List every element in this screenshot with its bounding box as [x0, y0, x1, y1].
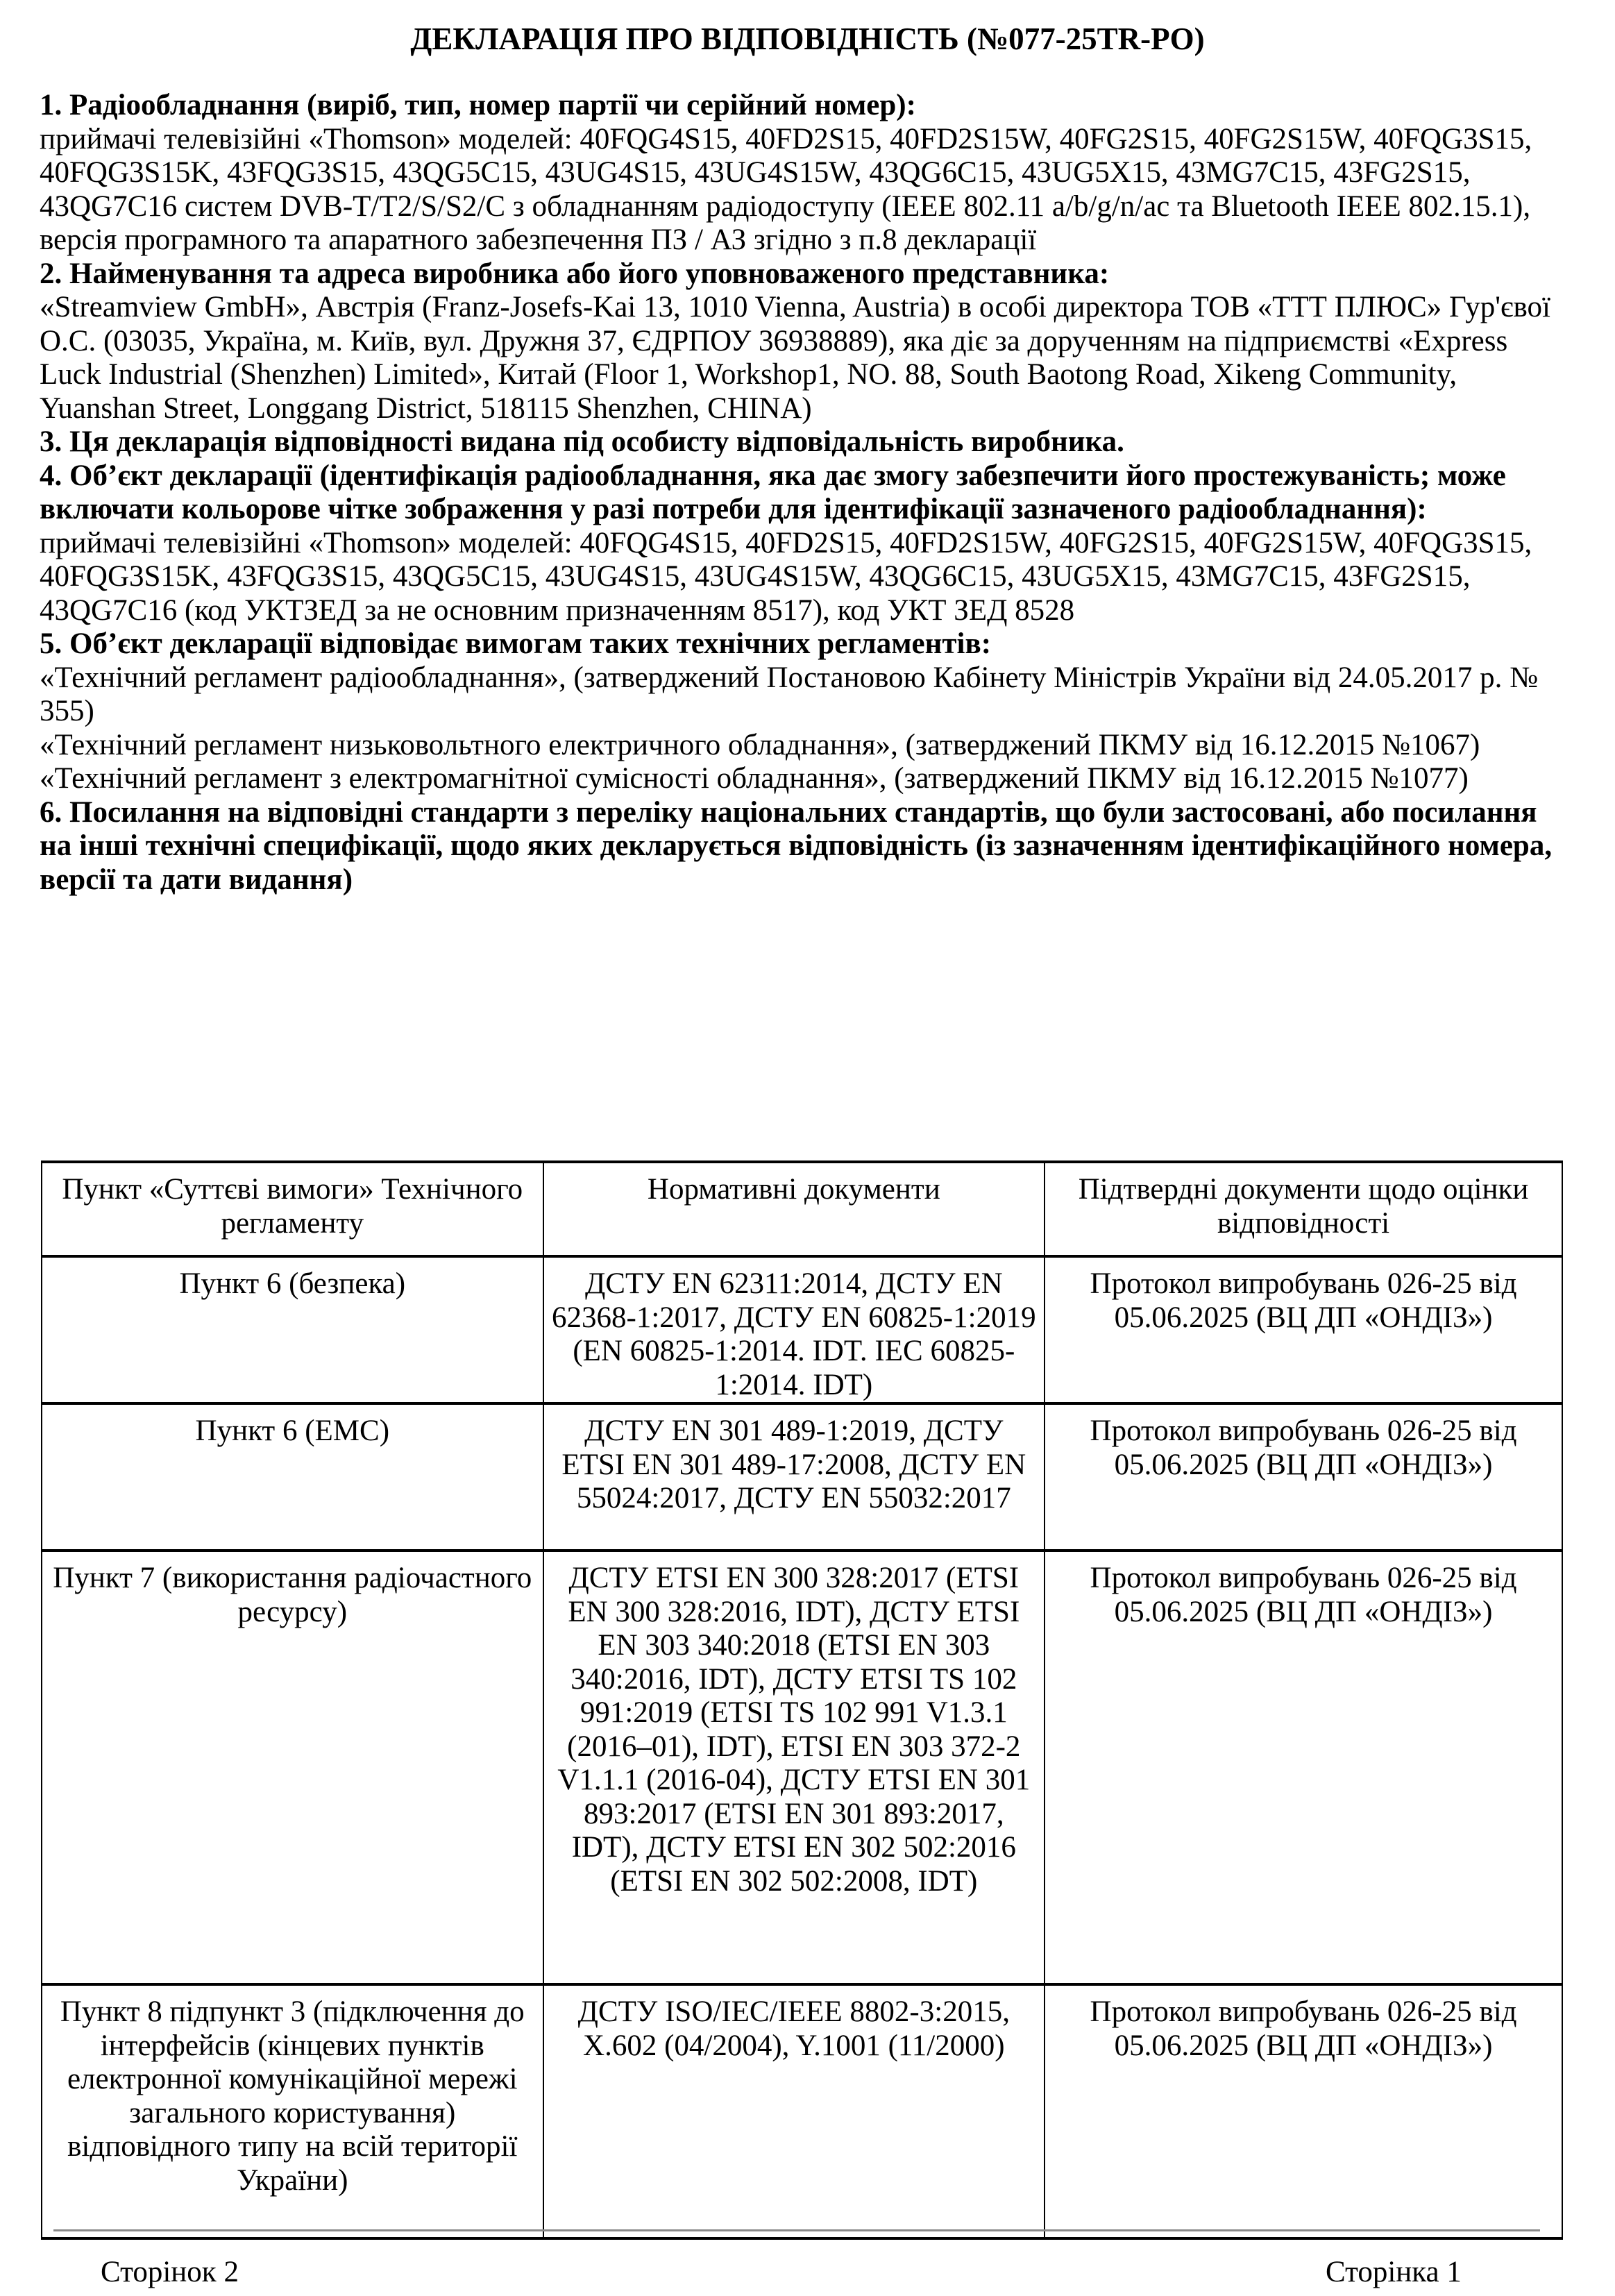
table-cell: ДСТУ EN 301 489-1:2019, ДСТУ ETSI EN 301… [543, 1403, 1045, 1551]
table-cell: Протокол випробувань 026-25 від 05.06.20… [1045, 1984, 1562, 2238]
table-row: Пункт 6 (безпека) ДСТУ EN 62311:2014, ДС… [42, 1256, 1562, 1403]
footer-divider [53, 2229, 1540, 2231]
section-heading: 3. Ця декларація відповідності видана пі… [40, 425, 1566, 459]
table-cell: ДСТУ EN 62311:2014, ДСТУ EN 62368-1:2017… [543, 1256, 1045, 1403]
declaration-body: 1. Радіообладнання (виріб, тип, номер па… [40, 89, 1566, 897]
section-3: 3. Ця декларація відповідності видана пі… [40, 425, 1566, 459]
table-row: Пункт 8 підпункт 3 (підключення до інтер… [42, 1984, 1562, 2238]
section-4: 4. Об’єкт декларації (ідентифікація раді… [40, 459, 1566, 628]
table-cell: ДСТУ ETSI EN 300 328:2017 (ETSI EN 300 3… [543, 1551, 1045, 1984]
column-header-normative-docs: Нормативні документи [543, 1162, 1045, 1256]
table-cell: Пункт 8 підпункт 3 (підключення до інтер… [42, 1984, 543, 2238]
section-paragraph: «Технічний регламент низьковольтного еле… [40, 729, 1566, 763]
table-header-row: Пункт «Суттєві вимоги» Технічного реглам… [42, 1162, 1562, 1256]
page-number: Сторінка 1 [1326, 2256, 1462, 2290]
section-paragraph: приймачі телевізійні «Thomson» моделей: … [40, 123, 1566, 258]
table-cell: Пункт 6 (ЕМС) [42, 1403, 543, 1551]
standards-table: Пункт «Суттєві вимоги» Технічного реглам… [41, 1160, 1563, 2240]
table-cell: ДСТУ ISO/IEC/IEEE 8802-3:2015, X.602 (04… [543, 1984, 1045, 2238]
section-heading: 5. Об’єкт декларації відповідає вимогам … [40, 627, 1566, 661]
section-2: 2. Найменування та адреса виробника або … [40, 258, 1566, 426]
table-cell: Пункт 7 (використання радіочастного ресу… [42, 1551, 543, 1984]
column-header-confirmation-docs: Підтвердні документи щодо оцінки відпові… [1045, 1162, 1562, 1256]
table-cell: Протокол випробувань 026-25 від 05.06.20… [1045, 1403, 1562, 1551]
section-6: 6. Посилання на відповідні стандарти з п… [40, 796, 1566, 897]
page-count: Сторінок 2 [101, 2256, 239, 2290]
section-heading: 4. Об’єкт декларації (ідентифікація раді… [40, 459, 1566, 527]
table-cell: Пункт 6 (безпека) [42, 1256, 543, 1403]
table-cell: Протокол випробувань 026-25 від 05.06.20… [1045, 1256, 1562, 1403]
section-heading: 2. Найменування та адреса виробника або … [40, 258, 1566, 292]
column-header-requirements: Пункт «Суттєві вимоги» Технічного реглам… [42, 1162, 543, 1256]
section-1: 1. Радіообладнання (виріб, тип, номер па… [40, 89, 1566, 258]
section-paragraph: «Технічний регламент радіообладнання», (… [40, 661, 1566, 729]
table-cell: Протокол випробувань 026-25 від 05.06.20… [1045, 1551, 1562, 1984]
section-5: 5. Об’єкт декларації відповідає вимогам … [40, 627, 1566, 796]
section-paragraph: «Технічний регламент з електромагнітної … [40, 762, 1566, 796]
section-paragraph: «Streamview GmbH», Австрія (Franz-Josefs… [40, 291, 1566, 425]
section-heading: 6. Посилання на відповідні стандарти з п… [40, 796, 1566, 897]
table-row: Пункт 6 (ЕМС) ДСТУ EN 301 489-1:2019, ДС… [42, 1403, 1562, 1551]
section-paragraph: приймачі телевізійні «Thomson» моделей: … [40, 527, 1566, 628]
table-row: Пункт 7 (використання радіочастного ресу… [42, 1551, 1562, 1984]
section-heading: 1. Радіообладнання (виріб, тип, номер па… [40, 89, 1566, 123]
document-title: ДЕКЛАРАЦІЯ ПРО ВІДПОВІДНІСТЬ (№077-25TR-… [0, 19, 1615, 58]
